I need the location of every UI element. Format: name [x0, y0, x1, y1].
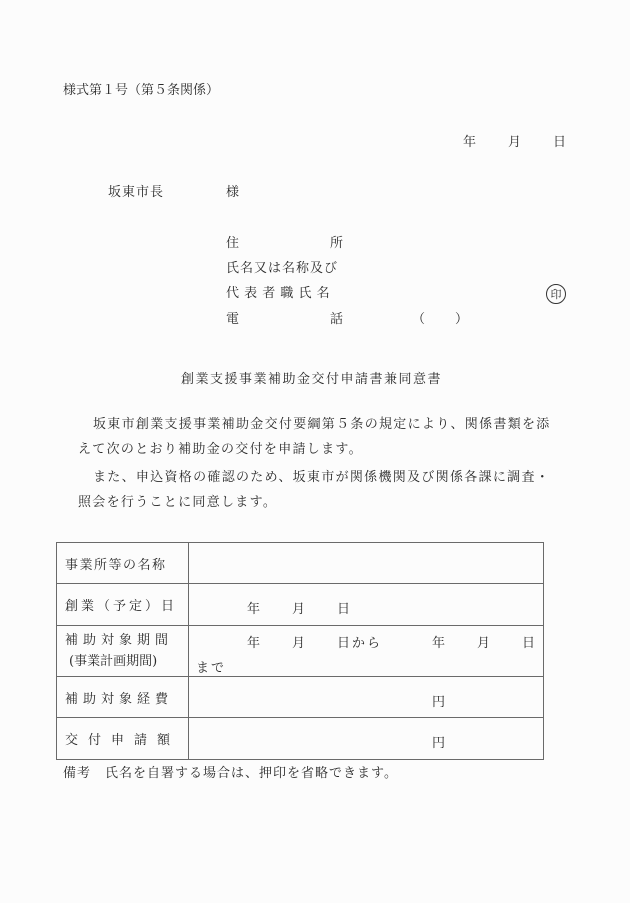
para2-line1: また、申込資格の確認のため、坂東市が関係機関及び関係各課に調査・ — [93, 471, 550, 484]
from-month: 月 — [292, 632, 305, 651]
document-title: 創業支援事業補助金交付申請書兼同意書 — [181, 373, 442, 386]
table-row-start-date: 創業（予定）日 年 月 日 — [57, 584, 544, 626]
table-row-period: 補助対象期間 (事業計画期間) 年 月 日から 年 月 日 まで — [57, 626, 544, 677]
address-label-2: 所 — [330, 237, 343, 250]
request-amount-field[interactable]: 円 — [189, 718, 544, 760]
addressee-name: 坂東市長 — [108, 186, 164, 199]
seal-icon: 印 — [546, 284, 566, 304]
label-period: 補助対象期間 (事業計画期間) — [57, 626, 189, 677]
address-label-1: 住 — [226, 237, 239, 250]
para1-line1: 坂東市創業支援事業補助金交付要綱第５条の規定により、関係書類を添 — [93, 418, 551, 431]
table-row-request-amount: 交付申請額 円 — [57, 718, 544, 760]
phone-label-2: 話 — [330, 313, 343, 326]
start-month: 月 — [292, 598, 305, 617]
remarks-note: 備考 氏名を自署する場合は、押印を省略できます。 — [63, 767, 398, 780]
phone-paren-close: ） — [455, 313, 468, 326]
representative-label: 代 表 者 職 氏 名 — [226, 287, 330, 300]
from-year: 年 — [247, 632, 260, 651]
start-year: 年 — [247, 598, 260, 617]
to-year: 年 — [432, 632, 445, 651]
eligible-cost-field[interactable]: 円 — [189, 677, 544, 718]
name-label: 氏名又は名称及び — [226, 262, 338, 275]
request-amount-unit: 円 — [432, 732, 445, 751]
para2-line2: 照会を行うことに同意します。 — [78, 496, 277, 509]
form-number: 様式第１号（第５条関係） — [63, 84, 219, 97]
date-day: 日 — [553, 136, 566, 149]
table-row-eligible-cost: 補助対象経費 円 — [57, 677, 544, 718]
table-row-business-name: 事業所等の名称 — [57, 543, 544, 584]
from-day: 日から — [337, 632, 382, 651]
start-day: 日 — [337, 598, 350, 617]
to-month: 月 — [477, 632, 490, 651]
until: まで — [196, 657, 226, 676]
eligible-cost-unit: 円 — [432, 691, 445, 710]
start-date-field[interactable]: 年 月 日 — [189, 584, 544, 626]
label-start-date: 創業（予定）日 — [57, 584, 189, 626]
business-name-field[interactable] — [189, 543, 544, 584]
label-eligible-cost: 補助対象経費 — [57, 677, 189, 718]
application-table: 事業所等の名称 創業（予定）日 年 月 日 補助対象期間 (事業計画期間) 年 … — [56, 542, 544, 760]
phone-paren-open: （ — [412, 313, 425, 326]
to-day: 日 — [522, 632, 535, 651]
date-month: 月 — [508, 136, 521, 149]
label-request-amount: 交付申請額 — [57, 718, 189, 760]
phone-label-1: 電 — [226, 313, 239, 326]
label-period-sub: (事業計画期間) — [57, 655, 188, 668]
date-year: 年 — [463, 136, 476, 149]
label-period-main: 補助対象期間 — [57, 634, 188, 647]
addressee-honorific: 様 — [226, 186, 239, 199]
label-business-name: 事業所等の名称 — [57, 543, 189, 584]
para1-line2: えて次のとおり補助金の交付を申請します。 — [78, 443, 363, 456]
period-field[interactable]: 年 月 日から 年 月 日 まで — [189, 626, 544, 677]
